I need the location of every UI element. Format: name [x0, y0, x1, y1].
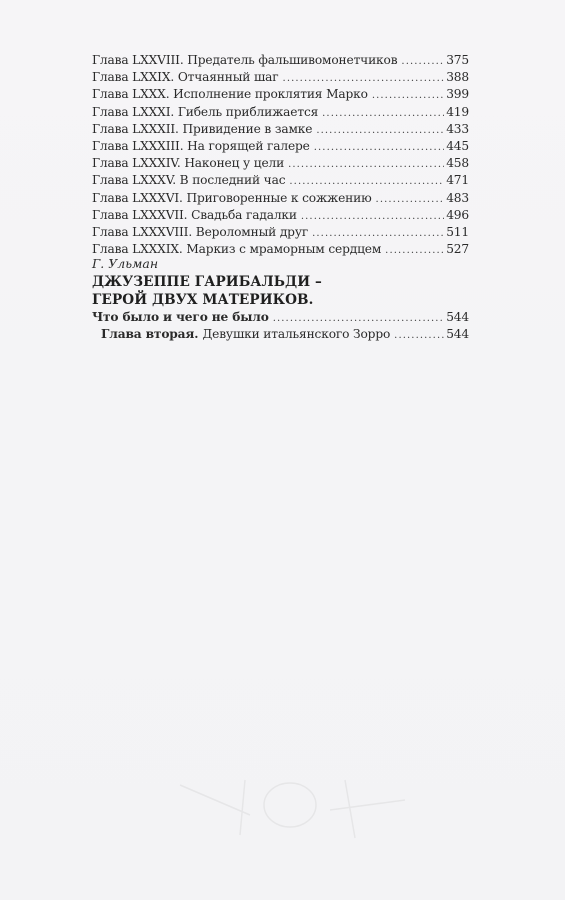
toc-chapter-row: Глава вторая.Девушки итальянского Зорро …: [92, 326, 469, 343]
toc-entry-page: 375: [446, 52, 469, 69]
toc-entry-label: Глава LXXXV. В последний час: [92, 172, 285, 189]
garibaldi-section: Г. Ульман ДЖУЗЕППЕ ГАРИБАЛЬДИ – ГЕРОЙ ДВ…: [92, 255, 469, 343]
table-of-contents: Глава LXXVIII. Предатель фальшивомонетчи…: [92, 52, 469, 258]
toc-part-page: 544: [446, 309, 469, 326]
dot-leader: [394, 327, 444, 344]
dot-leader: [316, 122, 444, 139]
toc-chapter-label: Глава вторая.Девушки итальянского Зорро: [101, 326, 390, 343]
toc-row: Глава LXXVIII. Предатель фальшивомонетчи…: [92, 52, 469, 69]
toc-entry-page: 419: [446, 104, 469, 121]
toc-entry-label: Глава LXXVIII. Предатель фальшивомонетчи…: [92, 52, 397, 69]
book-title-line-1: ДЖУЗЕППЕ ГАРИБАЛЬДИ –: [92, 273, 469, 291]
toc-row: Глава LXXXVI. Приговоренные к сожжению48…: [92, 190, 469, 207]
toc-entry-page: 511: [446, 224, 469, 241]
dot-leader: [312, 225, 444, 242]
dot-leader: [314, 139, 444, 156]
toc-row: Глава LXXXVII. Свадьба гадалки496: [92, 207, 469, 224]
toc-row: Глава LXXXI. Гибель приближается419: [92, 104, 469, 121]
toc-chapter-number: Глава вторая.: [101, 327, 198, 341]
toc-entry-page: 496: [446, 207, 469, 224]
dot-leader: [376, 191, 445, 208]
toc-entry-label: Глава LXXXIV. Наконец у цели: [92, 155, 284, 172]
toc-entry-label: Глава LXXX. Исполнение проклятия Марко: [92, 86, 368, 103]
toc-entry-label: Глава LXXXII. Привидение в замке: [92, 121, 312, 138]
dot-leader: [288, 156, 444, 173]
toc-entry-page: 433: [446, 121, 469, 138]
dot-leader: [289, 173, 444, 190]
toc-entry-label: Глава LXXXVIII. Вероломный друг: [92, 224, 308, 241]
dot-leader: [301, 208, 444, 225]
toc-entry-page: 445: [446, 138, 469, 155]
toc-entry-page: 458: [446, 155, 469, 172]
toc-row: Глава LXXXIV. Наконец у цели458: [92, 155, 469, 172]
toc-entry-page: 388: [446, 69, 469, 86]
toc-entry-label: Глава LXXXI. Гибель приближается: [92, 104, 318, 121]
toc-entry-label: Глава LXXXVII. Свадьба гадалки: [92, 207, 297, 224]
bleed-through-illustration: [170, 760, 410, 850]
toc-chapter-page: 544: [446, 326, 469, 343]
toc-entry-label: Глава LXXXVI. Приговоренные к сожжению: [92, 190, 372, 207]
toc-entry-page: 471: [446, 172, 469, 189]
dot-leader: [283, 70, 445, 87]
toc-part-label: Что было и чего не было: [92, 309, 269, 326]
dot-leader: [273, 310, 444, 327]
toc-row: Глава LXXXIII. На горящей галере445: [92, 138, 469, 155]
dot-leader: [372, 87, 444, 104]
toc-entry-label: Глава LXXIX. Отчаянный шаг: [92, 69, 279, 86]
dot-leader: [401, 53, 444, 70]
toc-part-row: Что было и чего не было 544: [92, 309, 469, 326]
toc-row: Глава LXXXV. В последний час471: [92, 172, 469, 189]
author-name: Г. Ульман: [92, 255, 469, 273]
toc-row: Глава LXXXII. Привидение в замке433: [92, 121, 469, 138]
toc-row: Глава LXXXVIII. Вероломный друг511: [92, 224, 469, 241]
toc-row: Глава LXXX. Исполнение проклятия Марко39…: [92, 86, 469, 103]
toc-entry-label: Глава LXXXIII. На горящей галере: [92, 138, 310, 155]
book-title-line-2: ГЕРОЙ ДВУХ МАТЕРИКОВ.: [92, 291, 469, 309]
toc-entry-page: 483: [446, 190, 469, 207]
toc-entry-page: 399: [446, 86, 469, 103]
toc-row: Глава LXXIX. Отчаянный шаг388: [92, 69, 469, 86]
book-page: Глава LXXVIII. Предатель фальшивомонетчи…: [0, 0, 565, 900]
toc-chapter-title: Девушки итальянского Зорро: [202, 327, 390, 341]
dot-leader: [322, 105, 444, 122]
